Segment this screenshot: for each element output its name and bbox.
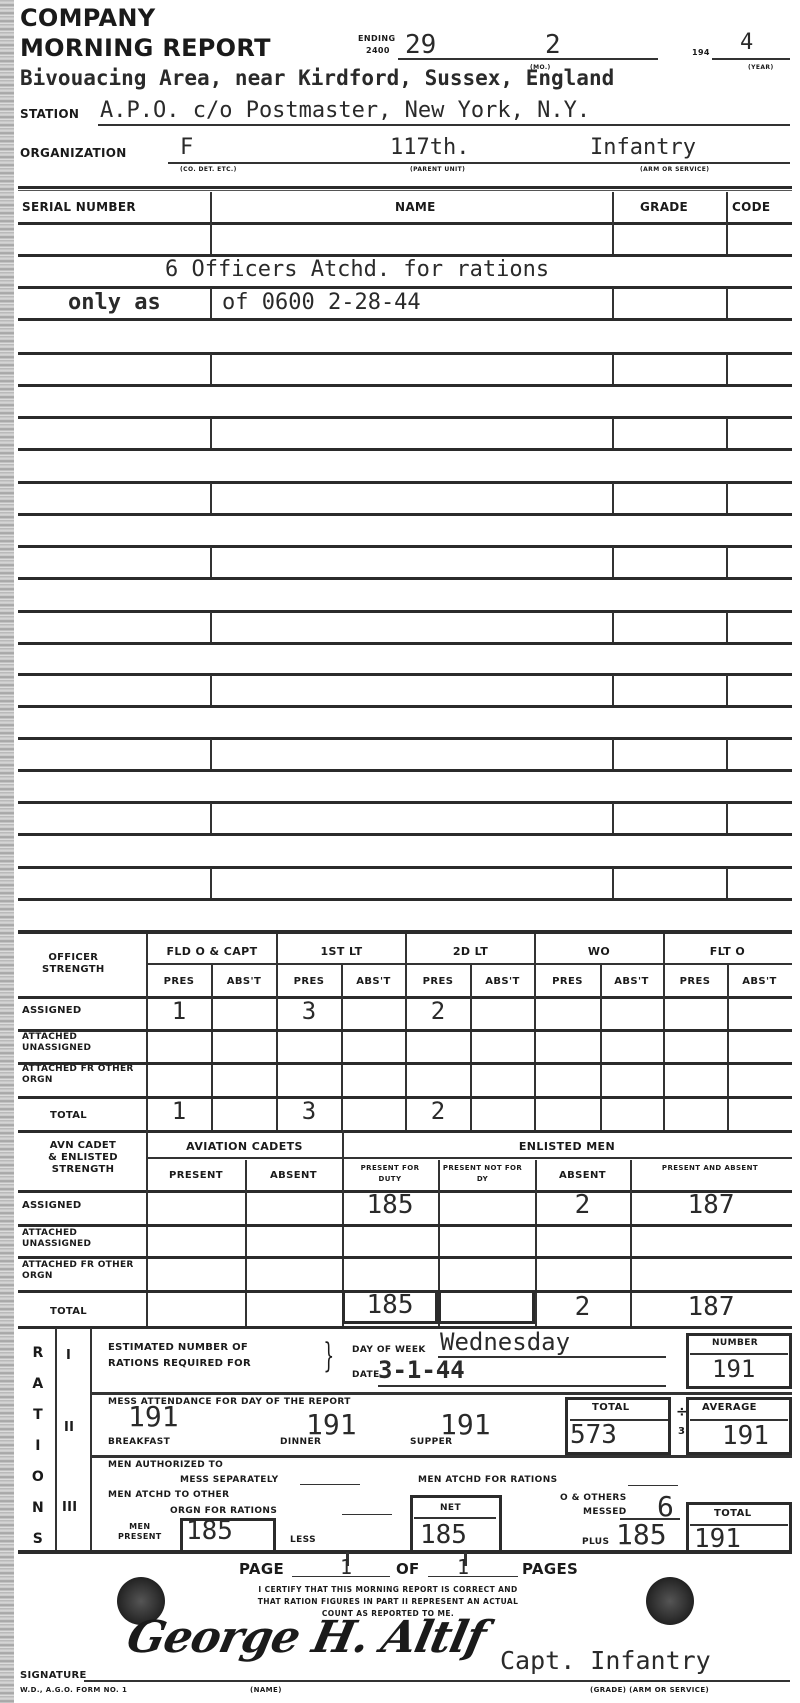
- roster-row-line: [18, 318, 792, 321]
- certify-line-2: THAT RATION FIGURES IN PART II REPRESENT…: [198, 1596, 578, 1608]
- atchd-other-label-1: MEN ATCHD TO OTHER: [108, 1490, 229, 1500]
- men-present-label-1: MEN: [118, 1522, 162, 1532]
- pages-value: 1: [457, 1555, 469, 1579]
- year-digit: 4: [740, 30, 753, 55]
- officer-assigned-1lt-pres: 3: [277, 997, 341, 1025]
- others-label-1: O & OTHERS: [560, 1491, 627, 1505]
- enlisted-label-3: STRENGTH: [28, 1164, 138, 1176]
- roster-top-border: [18, 186, 792, 189]
- sub-arm-label: (ARM OR SERVICE): [640, 166, 709, 173]
- plus-value: 185: [616, 1518, 667, 1551]
- officer-total-2lt-pres: 2: [406, 1097, 470, 1125]
- col-serial-number: SERIAL NUMBER: [22, 200, 136, 214]
- enlisted-subcol: PRESENT AND ABSENT: [640, 1163, 780, 1174]
- divisor-value: 3: [678, 1426, 685, 1437]
- location-text: Bivouacing Area, near Kirdford, Sussex, …: [20, 66, 614, 90]
- total-value: 573: [570, 1420, 617, 1450]
- page-label: PAGE: [239, 1560, 284, 1578]
- punch-hole-right-icon: [646, 1577, 694, 1625]
- average-value: 191: [722, 1421, 769, 1451]
- enlisted-assigned-absent: 2: [535, 1190, 630, 1220]
- officer-group-2lt: 2D LT: [406, 945, 535, 958]
- form-label: W.D., A.G.O. FORM NO. 1: [20, 1686, 127, 1694]
- col-code: CODE: [732, 200, 770, 214]
- roster-row-line: [18, 286, 792, 289]
- breakfast-value: 191: [128, 1400, 179, 1433]
- brace-icon: }: [323, 1336, 334, 1376]
- officer-subcol: PRES: [277, 976, 341, 987]
- breakfast-label: BREAKFAST: [108, 1437, 170, 1447]
- rations-letter: T: [28, 1400, 48, 1431]
- atchd-rations-underline: [628, 1485, 678, 1486]
- part-i-bottom: [92, 1392, 792, 1395]
- roster-header-bottom: [18, 222, 792, 225]
- officer-row-assigned: ASSIGNED: [22, 1005, 82, 1016]
- signature: George H. Altlf: [123, 1612, 490, 1663]
- total-present-not-duty-box: [438, 1290, 535, 1324]
- title-morning-report: MORNING REPORT: [20, 34, 271, 62]
- rations-letter: N: [28, 1493, 48, 1524]
- station-label: STATION: [20, 107, 79, 121]
- officer-subcol: PRES: [406, 976, 470, 987]
- certify-line-1: I CERTIFY THAT THIS MORNING REPORT IS CO…: [198, 1584, 578, 1596]
- enlisted-row-assigned: ASSIGNED: [22, 1200, 82, 1211]
- enlisted-label-1: AVN CADET: [28, 1140, 138, 1152]
- officer-subcol: PRES: [147, 976, 211, 987]
- organization-company: F: [180, 135, 193, 160]
- organization-parent-unit: 117th.: [390, 135, 469, 160]
- officer-subcol: ABS'T: [600, 976, 663, 987]
- date-underline: [398, 58, 658, 60]
- officer-subcol: PRES: [663, 976, 727, 987]
- plus-label: PLUS: [582, 1537, 609, 1547]
- day-of-week-underline: [438, 1356, 666, 1358]
- pages-label: PAGES: [522, 1560, 578, 1578]
- officer-assigned-2lt-pres: 2: [406, 997, 470, 1025]
- officer-subcol: PRES: [535, 976, 600, 987]
- officer-group-fld: FLD O & CAPT: [147, 945, 277, 958]
- enlisted-subcol: ABSENT: [535, 1170, 630, 1181]
- page-value: 1: [340, 1555, 352, 1579]
- name-label: (NAME): [250, 1686, 282, 1694]
- officer-subcol: ABS'T: [470, 976, 535, 987]
- station-value: A.P.O. c/o Postmaster, New York, N.Y.: [100, 98, 590, 123]
- enlisted-row-attached-other: ATTACHED FR OTHER ORGN: [22, 1260, 142, 1282]
- enlisted-assigned-present-duty: 185: [342, 1190, 438, 1220]
- atchd-rations-label: MEN ATCHD FOR RATIONS: [418, 1475, 558, 1485]
- sub-parent-label: (PARENT UNIT): [410, 166, 465, 173]
- part-ii-bottom: [92, 1455, 792, 1458]
- rations-side-label: R A T I O N S: [28, 1338, 48, 1555]
- enlisted-total-absent: 2: [535, 1292, 630, 1322]
- organization-underline: [168, 162, 790, 164]
- grade-arm-value: Capt. Infantry: [500, 1646, 711, 1675]
- enlisted-row-attached-unassigned: ATTACHED UNASSIGNED: [22, 1228, 142, 1250]
- roster-vline: [210, 288, 212, 320]
- net-label: NET: [440, 1503, 461, 1513]
- part-i-label-1: ESTIMATED NUMBER OF: [108, 1340, 251, 1356]
- ending-label: ENDING: [358, 34, 395, 43]
- of-label: OF: [396, 1560, 420, 1578]
- roster-vline: [726, 288, 728, 320]
- average-label: AVERAGE: [702, 1402, 757, 1413]
- officer-strength-label-2: STRENGTH: [42, 964, 105, 976]
- officer-group-1lt: 1ST LT: [277, 945, 406, 958]
- atchd-other-underline: [342, 1514, 392, 1515]
- group-enlisted-men: ENLISTED MEN: [342, 1140, 792, 1153]
- others-label-2: MESSED: [560, 1505, 627, 1519]
- enlisted-subcol: PRESENT NOT FOR DY: [440, 1163, 525, 1185]
- year-underline: [712, 58, 790, 60]
- enlisted-assigned-total: 187: [630, 1190, 792, 1220]
- officer-total-1lt-pres: 3: [277, 1097, 341, 1125]
- sub-company-label: (CO. DET. ETC.): [180, 166, 237, 173]
- men-present-label-2: PRESENT: [118, 1532, 162, 1542]
- officer-total-fld-pres: 1: [147, 1097, 211, 1125]
- roster-top-border-2: [18, 190, 792, 191]
- officer-subcol: ABS'T: [211, 976, 277, 987]
- enlisted-group-underline: [147, 1157, 792, 1159]
- organization-arm: Infantry: [590, 135, 696, 160]
- roster-entry-line2-right: of 0600 2-28-44: [222, 290, 421, 315]
- station-underline: [98, 124, 790, 126]
- date-month: 2: [545, 30, 561, 60]
- auth-label-2: MESS SEPARATELY: [180, 1475, 279, 1485]
- roster-entry-line2-left: only as: [68, 290, 161, 315]
- auth-label-1: MEN AUTHORIZED TO: [108, 1460, 223, 1470]
- enlisted-total-present-duty: 185: [342, 1290, 438, 1320]
- dinner-label: DINNER: [280, 1437, 321, 1447]
- number-label: NUMBER: [712, 1338, 758, 1348]
- auth-underline: [300, 1484, 360, 1485]
- group-aviation-cadets: AVIATION CADETS: [147, 1140, 342, 1153]
- officer-subcol: ABS'T: [727, 976, 792, 987]
- rations-letter: A: [28, 1369, 48, 1400]
- year-prefix: 194: [692, 48, 710, 57]
- officer-assigned-fld-pres: 1: [147, 997, 211, 1025]
- date-label: DATE: [352, 1370, 380, 1380]
- grade-label: (GRADE) (ARM OR SERVICE): [590, 1686, 709, 1694]
- officer-row-total: TOTAL: [50, 1110, 87, 1121]
- officer-subcol: ABS'T: [341, 976, 406, 987]
- net-value: 185: [420, 1520, 467, 1550]
- enlisted-subcol: PRESENT FOR DUTY: [350, 1163, 430, 1185]
- rations-letter: O: [28, 1462, 48, 1493]
- roster-vline: [612, 288, 614, 320]
- part-i-label-2: RATIONS REQUIRED FOR: [108, 1356, 251, 1372]
- part-iii-total-label: TOTAL: [714, 1508, 751, 1519]
- enlisted-row-total: TOTAL: [50, 1306, 87, 1317]
- roster-entry-line1: 6 Officers Atchd. for rations: [165, 257, 549, 282]
- date-value: 3-1-44: [378, 1356, 465, 1384]
- year-label: (YEAR): [748, 64, 774, 71]
- officer-row-attached-unassigned: ATTACHED UNASSIGNED: [22, 1032, 142, 1054]
- signature-underline: [84, 1680, 790, 1682]
- less-label: LESS: [290, 1535, 316, 1545]
- officer-row-attached-other: ATTACHED FR OTHER ORGN: [22, 1064, 142, 1086]
- part-iii-label: III: [62, 1500, 77, 1515]
- net-divider: [414, 1517, 496, 1519]
- officer-group-flto: FLT O: [663, 945, 792, 958]
- col-grade: GRADE: [640, 200, 688, 214]
- supper-label: SUPPER: [410, 1437, 452, 1447]
- day-of-week-value: Wednesday: [440, 1328, 570, 1356]
- enlisted-subcol: ABSENT: [245, 1170, 342, 1181]
- roster-vline: [726, 192, 728, 256]
- ending-sub: 2400: [366, 46, 390, 55]
- enlisted-subcol: PRESENT: [147, 1170, 245, 1181]
- roster-vline: [612, 192, 614, 256]
- organization-label: ORGANIZATION: [20, 146, 127, 160]
- men-present-value: 185: [186, 1516, 233, 1546]
- part-ii-label: II: [64, 1420, 74, 1435]
- rations-letter: R: [28, 1338, 48, 1369]
- pages-underline: [428, 1576, 518, 1577]
- scan-edge: [0, 0, 14, 1703]
- officer-strength-label-1: OFFICER: [42, 952, 105, 964]
- roster-vline: [210, 192, 212, 256]
- title-company: COMPANY: [20, 4, 155, 32]
- officer-group-wo: WO: [535, 945, 663, 958]
- signature-label: SIGNATURE: [20, 1670, 87, 1681]
- rations-letter: I: [28, 1431, 48, 1462]
- part-i-label: I: [66, 1348, 71, 1363]
- atchd-other-label-2: ORGN FOR RATIONS: [170, 1506, 277, 1516]
- enlisted-total-all: 187: [630, 1292, 792, 1322]
- number-value: 191: [712, 1355, 755, 1383]
- date-day: 29: [405, 30, 436, 60]
- enlisted-label-2: & ENLISTED: [28, 1152, 138, 1164]
- total-label: TOTAL: [592, 1402, 629, 1413]
- date-underline: [378, 1385, 666, 1387]
- col-name: NAME: [395, 200, 436, 214]
- day-of-week-label: DAY OF WEEK: [352, 1345, 426, 1355]
